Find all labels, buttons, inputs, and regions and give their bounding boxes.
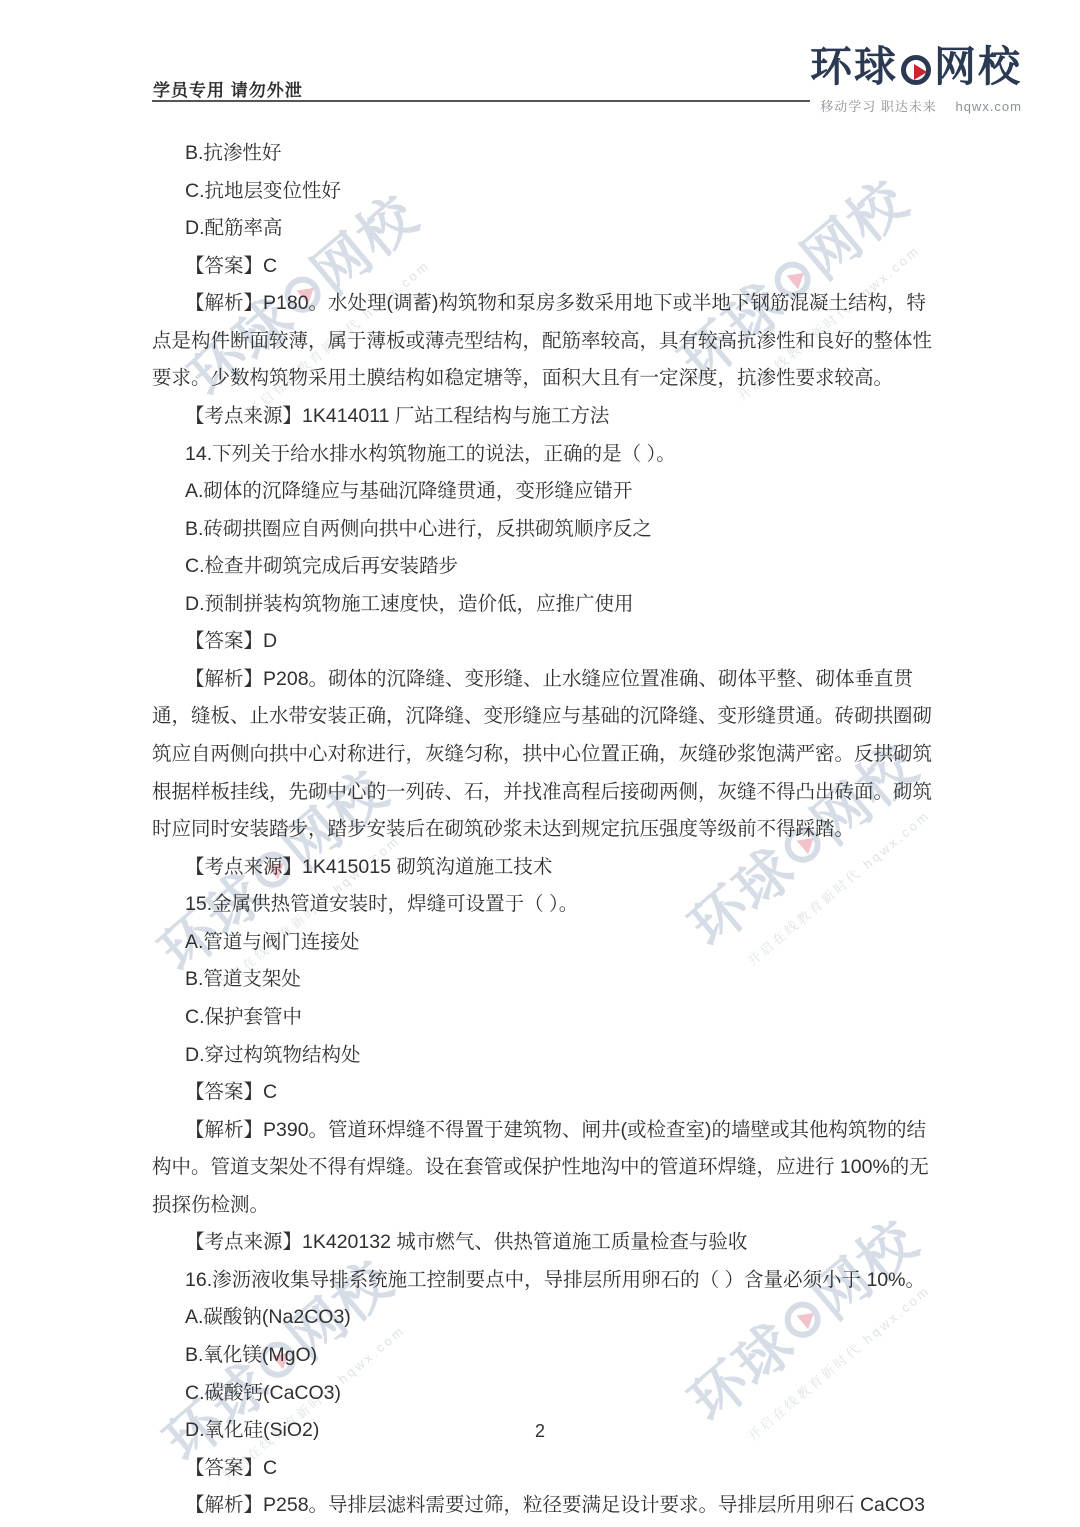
brand-logo-wordmark: 环球 网校: [810, 44, 1022, 90]
text-line: 【考点来源】1K415015 砌筑沟道施工技术: [152, 849, 952, 887]
text-line: 筑应自两侧向拱中心对称进行，灰缝匀称，拱中心位置正确，灰缝砂浆饱满严密。反拱砌筑: [152, 736, 952, 774]
text-line: A.砌体的沉降缝应与基础沉降缝贯通，变形缝应错开: [152, 473, 952, 511]
text-line: 点是构件断面较薄，属于薄板或薄壳型结构，配筋率较高，具有较高抗渗性和良好的整体性: [152, 323, 952, 361]
text-line: 14.下列关于给水排水构筑物施工的说法，正确的是（ ）。: [152, 436, 952, 474]
play-icon: [901, 55, 931, 85]
text-line: 【解析】P208。砌体的沉降缝、变形缝、止水缝应位置准确、砌体平整、砌体垂直贯: [152, 661, 952, 699]
header-divider: [152, 100, 810, 102]
text-line: 【解析】P258。导排层滤料需要过筛，粒径要满足设计要求。导排层所用卵石 CaC…: [152, 1487, 952, 1525]
confidential-note: 学员专用 请勿外泄: [153, 76, 303, 101]
text-line: 通，缝板、止水带安装正确，沉降缝、变形缝应与基础的沉降缝、变形缝贯通。砖砌拱圈砌: [152, 698, 952, 736]
brand-tagline: 移动学习 职达未来 hqwx.com: [810, 96, 1022, 115]
text-line: B.管道支架处: [152, 961, 952, 999]
text-line: A.管道与阀门连接处: [152, 924, 952, 962]
document-page: 环球网校开启在线教育新时代 hqwx.com环球网校开启在线教育新时代 hqwx…: [0, 0, 1080, 1527]
text-line: 【答案】C: [152, 1074, 952, 1112]
text-line: 【考点来源】1K420132 城市燃气、供热管道施工质量检查与验收: [152, 1224, 952, 1262]
document-body: B.抗渗性好C.抗地层变位性好D.配筋率高【答案】C【解析】P180。水处理(调…: [152, 135, 952, 1525]
brand-site-url: hqwx.com: [955, 99, 1022, 114]
text-line: B.氧化镁(MgO): [152, 1337, 952, 1375]
text-line: C.检查井砌筑完成后再安装踏步: [152, 548, 952, 586]
text-line: 【答案】D: [152, 623, 952, 661]
text-line: 【答案】C: [152, 248, 952, 286]
text-line: D.预制拼装构筑物施工速度快，造价低，应推广使用: [152, 586, 952, 624]
text-line: D.配筋率高: [152, 210, 952, 248]
text-line: 损探伤检测。: [152, 1187, 952, 1225]
text-line: 16.渗沥液收集导排系统施工控制要点中，导排层所用卵石的（ ）含量必须小于 10…: [152, 1262, 952, 1300]
text-line: D.穿过构筑物结构处: [152, 1037, 952, 1075]
brand-name-right: 网校: [934, 44, 1022, 90]
text-line: 15.金属供热管道安装时，焊缝可设置于（ ）。: [152, 886, 952, 924]
text-line: C.抗地层变位性好: [152, 173, 952, 211]
text-line: C.保护套管中: [152, 999, 952, 1037]
text-line: 要求。少数构筑物采用土膜结构如稳定塘等，面积大且有一定深度，抗渗性要求较高。: [152, 360, 952, 398]
text-line: 时应同时安装踏步，踏步安装后在砌筑砂浆未达到规定抗压强度等级前不得踩踏。: [152, 811, 952, 849]
text-line: C.碳酸钙(CaCO3): [152, 1375, 952, 1413]
text-line: 根据样板挂线，先砌中心的一列砖、石，并找准高程后接砌两侧，灰缝不得凸出砖面。砌筑: [152, 774, 952, 812]
text-line: 【解析】P390。管道环焊缝不得置于建筑物、闸井(或检查室)的墙壁或其他构筑物的…: [152, 1112, 952, 1150]
text-line: 【考点来源】1K414011 厂站工程结构与施工方法: [152, 398, 952, 436]
text-line: B.砖砌拱圈应自两侧向拱中心进行，反拱砌筑顺序反之: [152, 511, 952, 549]
brand-name-left: 环球: [810, 44, 898, 90]
brand-slogan: 移动学习 职达未来: [820, 99, 937, 114]
text-line: B.抗渗性好: [152, 135, 952, 173]
text-line: 【解析】P180。水处理(调蓄)构筑物和泵房多数采用地下或半地下钢筋混凝土结构，…: [152, 285, 952, 323]
text-line: 构中。管道支架处不得有焊缝。设在套管或保护性地沟中的管道环焊缝，应进行 100%…: [152, 1149, 952, 1187]
text-line: A.碳酸钠(Na2CO3): [152, 1299, 952, 1337]
page-number: 2: [0, 1421, 1080, 1442]
play-triangle-icon: [914, 64, 927, 80]
text-line: 【答案】C: [152, 1450, 952, 1488]
brand-logo: 环球 网校 移动学习 职达未来 hqwx.com: [810, 44, 1022, 115]
